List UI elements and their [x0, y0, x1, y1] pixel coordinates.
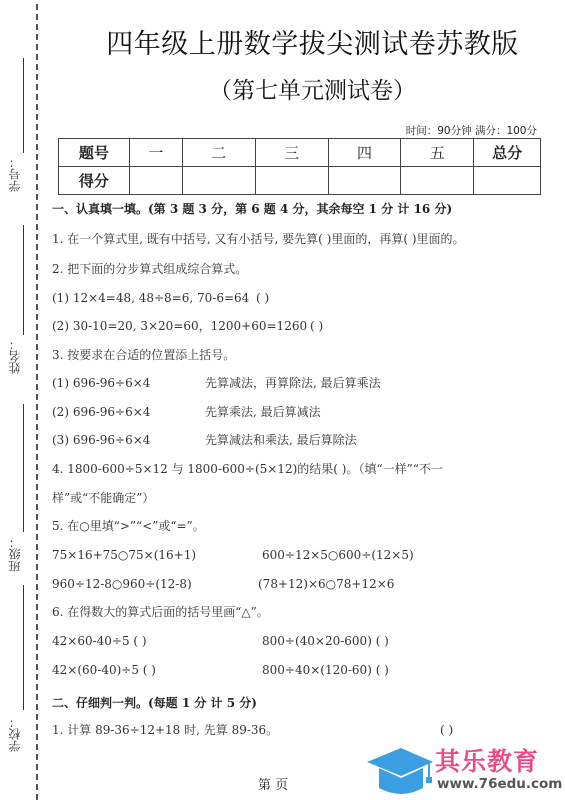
header-cell: 二: [182, 139, 255, 167]
watermark-logo: 其乐教育 www.76edu.com: [365, 742, 560, 798]
student-id-rule: [23, 58, 24, 153]
header-cell: 题号: [59, 139, 130, 167]
compare-right: 600÷12×5○600÷(12×5): [262, 547, 414, 563]
header-cell: 五: [401, 139, 474, 167]
name-rule: [23, 225, 24, 335]
expr-right: 800÷(40×20-600) ( ): [262, 633, 389, 649]
school-rule: [23, 585, 24, 710]
score-table-score-row: 得分: [59, 167, 541, 195]
class-rule: [23, 404, 24, 532]
section1-heading: 一、认真填一填。(第 3 题 3 分，第 6 题 4 分，其余每空 1 分 计 …: [52, 201, 452, 217]
answer-blank[interactable]: ( ): [310, 318, 323, 334]
graduation-cap-icon: [365, 742, 435, 798]
score-cell[interactable]: [129, 167, 182, 195]
compare-left: 960÷12-8○960÷(12-8): [52, 576, 192, 592]
answer-blank[interactable]: ( ): [440, 722, 453, 738]
exam-page: 学号： 姓名： 班级： 学校： 四年级上册数学拔尖测试卷苏教版 （第七单元测试卷…: [0, 0, 565, 800]
header-cell: 四: [328, 139, 401, 167]
question-1-1: 1. 在一个算式里, 既有中括号, 又有小括号, 要先算( )里面的，再算( )…: [52, 231, 465, 247]
question-1-3-item-2: (2) 696-96÷6×4: [52, 404, 150, 420]
score-cell[interactable]: [182, 167, 255, 195]
question-1-5-stem: 5. 在○里填“>”“<”或“=”。: [52, 518, 205, 534]
requirement-text: 先算减法和乘法, 最后算除法: [205, 432, 357, 448]
compare-right: (78+12)×6○78+12×6: [258, 576, 394, 592]
score-table: 题号 一 二 三 四 五 总分 得分: [58, 138, 541, 195]
page-number-label: 第 页: [258, 774, 288, 793]
score-cell[interactable]: [401, 167, 474, 195]
exam-meta: 时间：90分钟 满分：100分: [406, 123, 537, 138]
score-cell[interactable]: [255, 167, 328, 195]
score-row-label: 得分: [59, 167, 130, 195]
question-1-4-line-2: 样”或“不能确定”）: [52, 490, 154, 506]
answer-blank[interactable]: ( ): [256, 290, 269, 306]
page-subtitle: （第七单元测试卷）: [60, 72, 565, 105]
name-label: 姓名：: [6, 338, 23, 374]
question-2-1: 1. 计算 89-36÷12+18 时, 先算 89-36。: [52, 722, 278, 738]
binding-dashed-line: [36, 4, 38, 800]
question-1-6-stem: 6. 在得数大的算式后面的括号里画“△”。: [52, 604, 269, 620]
question-1-3-stem: 3. 按要求在合适的位置添上括号。: [52, 347, 235, 363]
brand-name: 其乐教育: [435, 742, 539, 778]
school-label: 学校：: [6, 716, 23, 752]
header-cell: 一: [129, 139, 182, 167]
question-1-2-stem: 2. 把下面的分步算式组成综合算式。: [52, 261, 247, 277]
question-1-2-item-1: (1) 12×4=48, 48÷8=6, 70-6=64: [52, 290, 249, 306]
question-1-2-item-2: (2) 30-10=20, 3×20=60，1200+60=1260: [52, 318, 307, 334]
page-title: 四年级上册数学拔尖测试卷苏教版: [60, 22, 565, 61]
requirement-text: 先算减法，再算除法, 最后算乘法: [205, 375, 381, 391]
student-id-label: 学号：: [6, 156, 23, 192]
question-1-3-item-1: (1) 696-96÷6×4: [52, 375, 150, 391]
score-cell[interactable]: [328, 167, 401, 195]
score-cell[interactable]: [474, 167, 541, 195]
question-1-4-line-1: 4. 1800-600÷5×12 与 1800-600÷(5×12)的结果( )…: [52, 461, 443, 477]
expr-right: 800÷40×(120-60) ( ): [262, 662, 389, 678]
header-cell: 三: [255, 139, 328, 167]
header-cell: 总分: [474, 139, 541, 167]
score-table-header-row: 题号 一 二 三 四 五 总分: [59, 139, 541, 167]
expr-left: 42×(60-40)÷5 ( ): [52, 662, 156, 678]
brand-url: www.76edu.com: [437, 776, 562, 792]
section2-heading: 二、仔细判一判。(每题 1 分 计 5 分): [52, 695, 257, 711]
class-label: 班级：: [6, 536, 23, 572]
question-1-3-item-3: (3) 696-96÷6×4: [52, 432, 150, 448]
compare-left: 75×16+75○75×(16+1): [52, 547, 196, 563]
requirement-text: 先算乘法, 最后算减法: [205, 404, 321, 420]
expr-left: 42×60-40÷5 ( ): [52, 633, 147, 649]
